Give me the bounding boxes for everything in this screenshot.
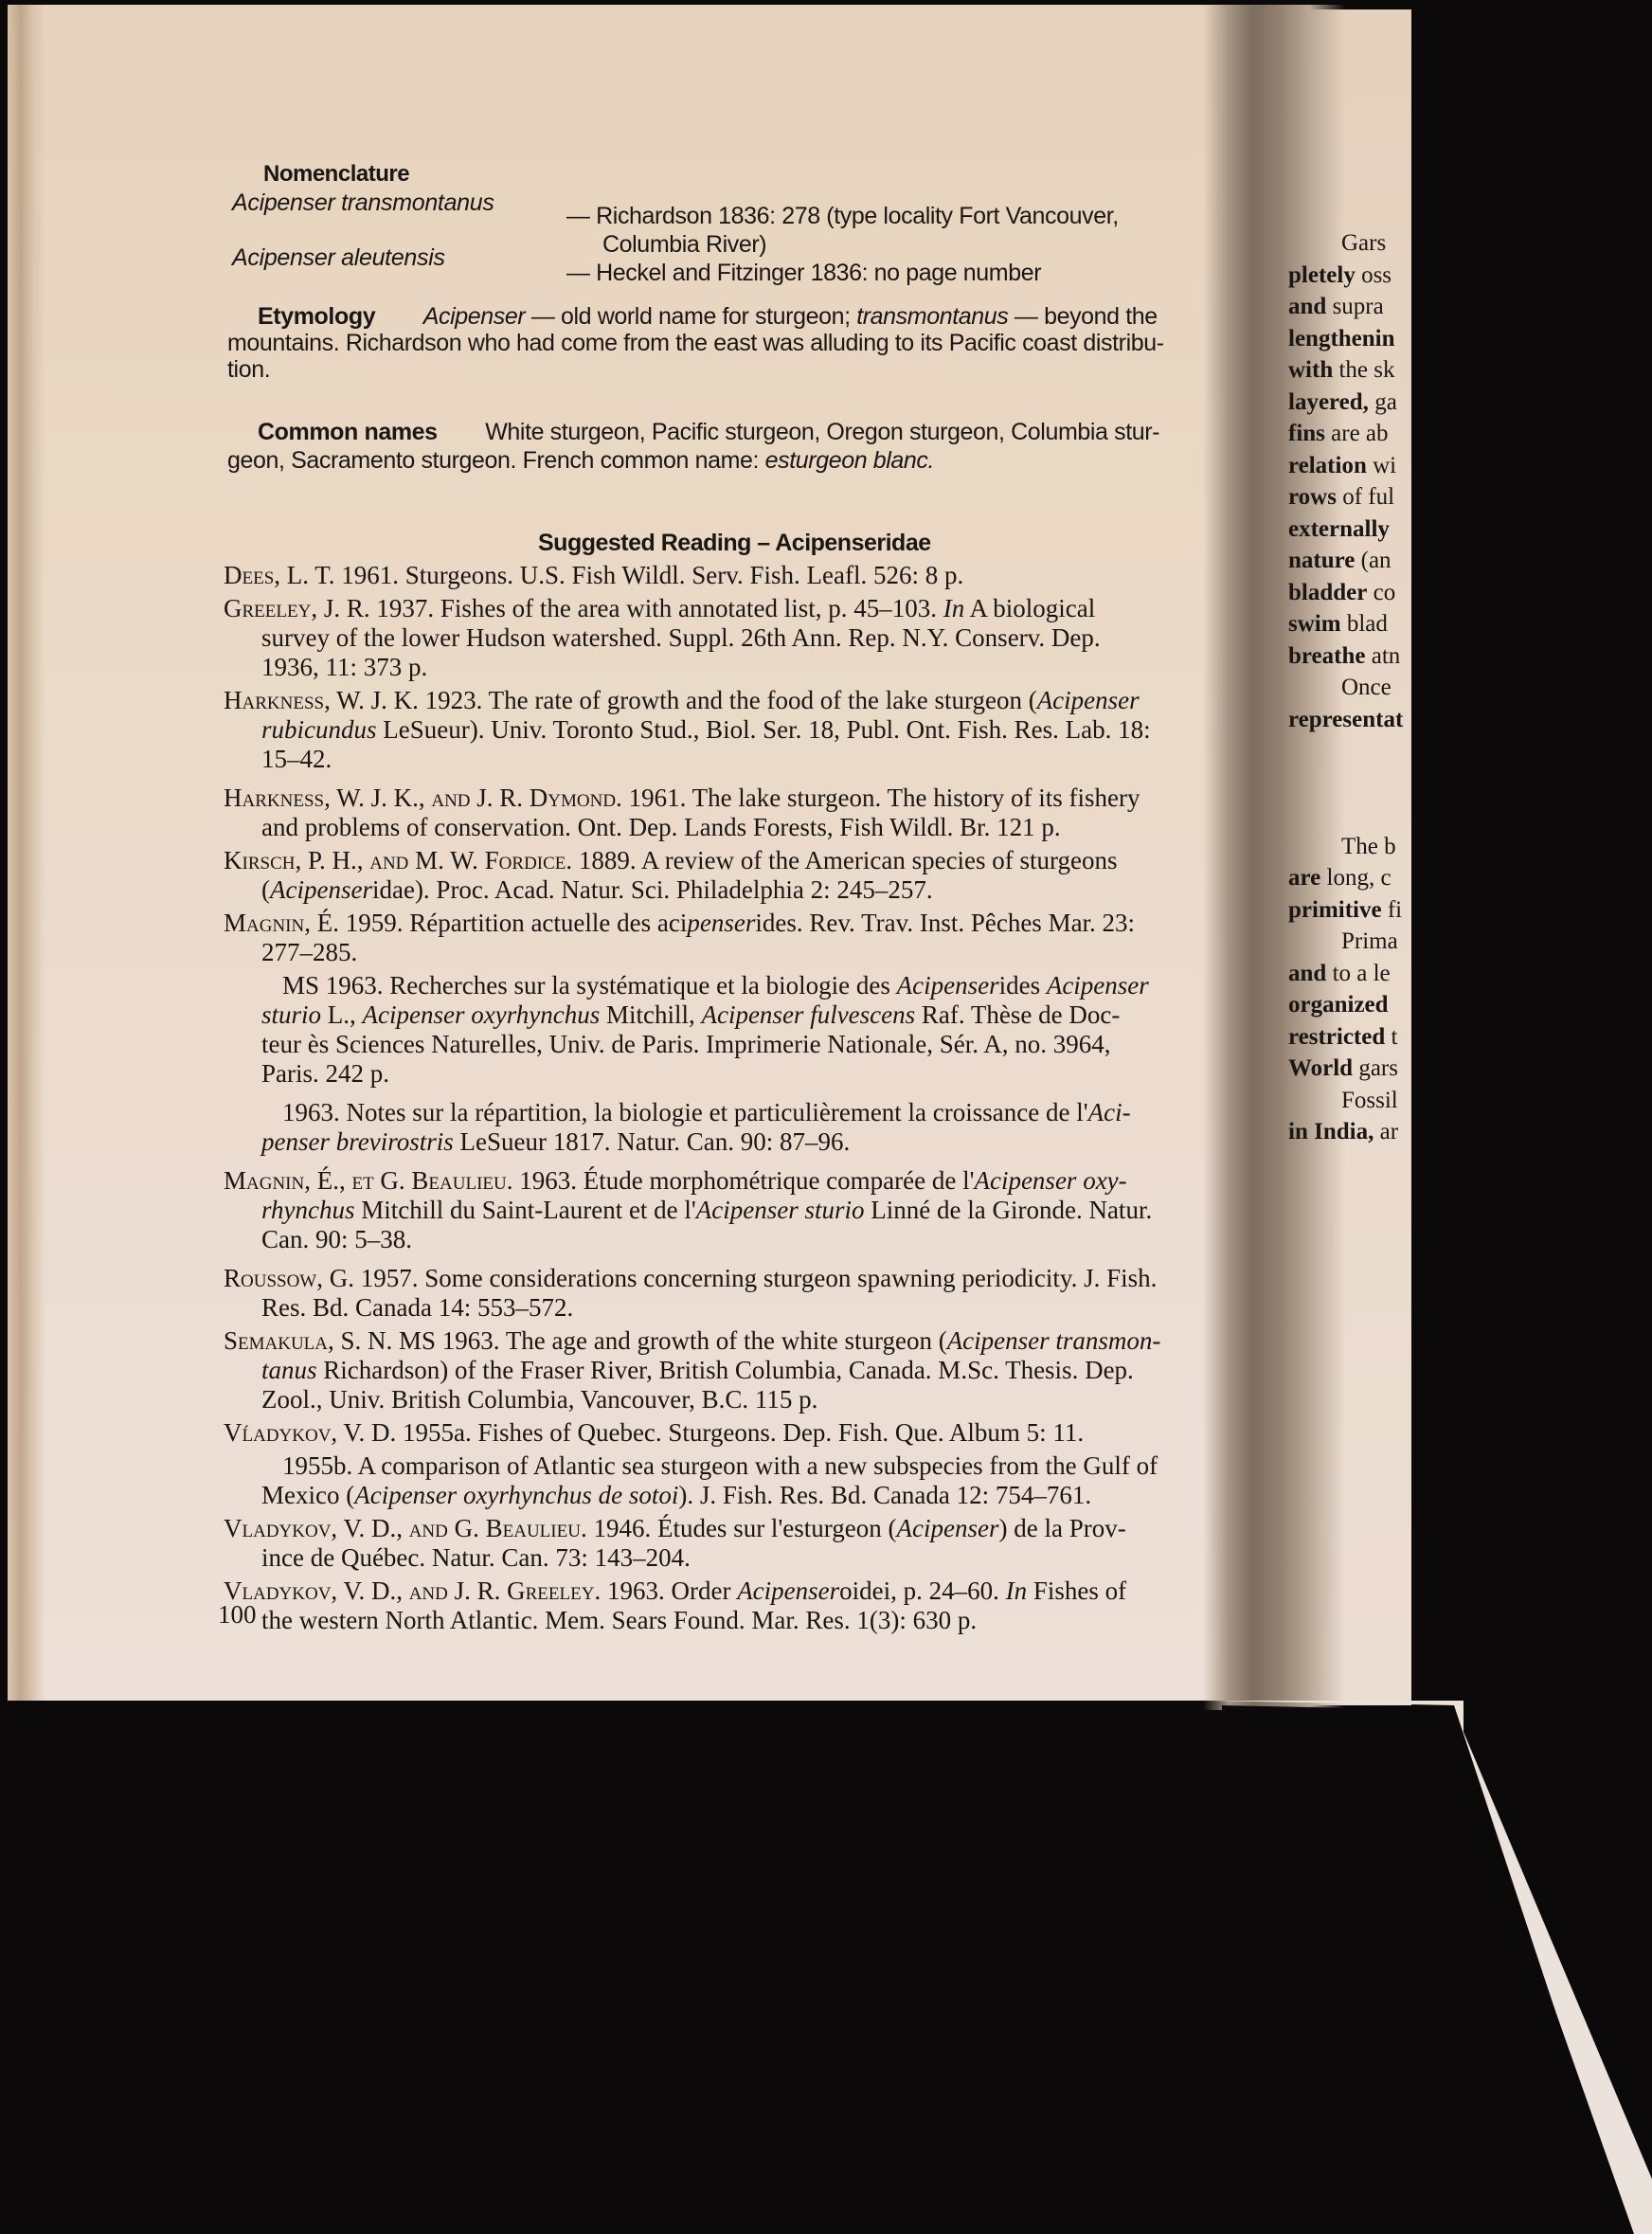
facing-page-line: Gars — [1288, 227, 1463, 260]
reference-line: 277–285. — [224, 938, 1218, 967]
facing-page-line: are long, c — [1288, 862, 1410, 894]
reference-author: Roussow, G. — [224, 1264, 361, 1292]
reference-entry: Vladykov, V. D., and G. Beaulieu. 1946. … — [224, 1514, 1218, 1573]
facing-page-line: Fossil — [1288, 1085, 1463, 1117]
facing-page-line: relation wi — [1288, 450, 1410, 482]
etymology-line-3: tion. — [227, 354, 270, 385]
facing-page-line: organized — [1288, 989, 1410, 1021]
reference-line: 1963. Notes sur la répartition, la biolo… — [224, 1098, 1218, 1127]
reference-author: Harkness, W. J. K. — [224, 686, 425, 714]
reference-line: Vladykov, V. D., and J. R. Greeley. 1963… — [224, 1576, 1218, 1606]
reference-line: Harkness, W. J. K., and J. R. Dymond. 19… — [224, 784, 1218, 813]
reference-line: Paris. 242 p. — [224, 1059, 1218, 1089]
reference-line: MS 1963. Recherches sur la systématique … — [224, 971, 1218, 1000]
nomenclature-name-2: Acipenser aleutensis — [232, 243, 445, 273]
reference-line: Roussow, G. 1957. Some considerations co… — [224, 1264, 1218, 1293]
reference-line: ince de Québec. Natur. Can. 73: 143–204. — [224, 1543, 1218, 1573]
nomenclature-citation-1b: Columbia River) — [602, 229, 766, 260]
reference-author: Magnin, É., et G. Beaulieu. — [224, 1166, 519, 1195]
reference-line: Magnin, É., et G. Beaulieu. 1963. Étude … — [224, 1166, 1218, 1196]
reference-entry: Kirsch, P. H., and M. W. Fordice. 1889. … — [224, 846, 1218, 905]
reference-line: rubicundus LeSueur). Univ. Toronto Stud.… — [224, 715, 1218, 745]
reference-line: Dees, L. T. 1961. Sturgeons. U.S. Fish W… — [224, 561, 1218, 590]
reference-line: Zool., Univ. British Columbia, Vancouver… — [224, 1385, 1218, 1414]
reference-line: penser brevirostris LeSueur 1817. Natur.… — [224, 1127, 1218, 1157]
reference-entry: 1955b. A comparison of Atlantic sea stur… — [224, 1451, 1218, 1510]
page-number: 100 — [218, 1599, 257, 1630]
reference-line: 15–42. — [224, 745, 1218, 774]
suggested-reading-heading: Suggested Reading – Acipenseridae — [538, 528, 931, 558]
reference-author: Kirsch, P. H., and M. W. Fordice. — [224, 846, 579, 874]
reference-author: Vĺadykov, V. D. — [224, 1418, 403, 1447]
reference-line: rhynchus Mitchill du Saint-Laurent et de… — [224, 1196, 1218, 1225]
facing-page-line: Once — [1288, 672, 1463, 704]
reference-line: teur ès Sciences Naturelles, Univ. de Pa… — [224, 1030, 1218, 1059]
reference-entry: Vladykov, V. D., and J. R. Greeley. 1963… — [224, 1576, 1218, 1635]
reference-line: 1936, 11: 373 p. — [224, 653, 1218, 682]
reference-entry: Dees, L. T. 1961. Sturgeons. U.S. Fish W… — [224, 561, 1218, 590]
reference-author: Vladykov, V. D., and J. R. Greeley. — [224, 1576, 607, 1605]
facing-page-line: rows of ful — [1288, 481, 1410, 513]
facing-page-line: swim blad — [1288, 608, 1410, 640]
reference-author: Vladykov, V. D., and G. Beaulieu. — [224, 1514, 593, 1542]
reference-entry: Semakula, S. N. MS 1963. The age and gro… — [224, 1326, 1218, 1414]
facing-page-line: breathe atn — [1288, 640, 1410, 673]
facing-page-line: and supra — [1288, 291, 1410, 323]
facing-page-line: Prima — [1288, 926, 1463, 958]
facing-page-line: bladder co — [1288, 577, 1410, 609]
common-names-line-2: geon, Sacramento sturgeon. French common… — [227, 445, 934, 476]
facing-page-line: The b — [1288, 831, 1463, 863]
reference-line: Can. 90: 5–38. — [224, 1225, 1218, 1254]
reference-entry: MS 1963. Recherches sur la systématique … — [224, 971, 1218, 1089]
reference-line: the western North Atlantic. Mem. Sears F… — [224, 1606, 1218, 1635]
facing-page-line: representat — [1288, 704, 1410, 736]
reference-line: sturio L., Acipenser oxyrhynchus Mitchil… — [224, 1000, 1218, 1030]
common-names-heading: Common names — [258, 419, 438, 445]
reference-author: Magnin, É. — [224, 909, 346, 937]
reference-line: Harkness, W. J. K. 1923. The rate of gro… — [224, 686, 1218, 715]
reference-entry: Harkness, W. J. K. 1923. The rate of gro… — [224, 686, 1218, 774]
facing-page-line: World gars — [1288, 1053, 1410, 1085]
reference-entry: Harkness, W. J. K., and J. R. Dymond. 19… — [224, 784, 1218, 842]
reference-entry: Magnin, É. 1959. Répartition actuelle de… — [224, 909, 1218, 967]
reference-line: (Acipenseridae). Proc. Acad. Natur. Sci.… — [224, 875, 1218, 905]
reference-entry: Vĺadykov, V. D. 1955a. Fishes of Quebec.… — [224, 1418, 1218, 1448]
reference-line: survey of the lower Hudson watershed. Su… — [224, 623, 1218, 653]
facing-page-line: with the sk — [1288, 354, 1410, 387]
facing-page-line: fins are ab — [1288, 418, 1410, 450]
nomenclature-citation-2: — Heckel and Fitzinger 1836: no page num… — [566, 258, 1041, 288]
reference-author: Greeley, J. R. — [224, 594, 376, 622]
facing-page-line: nature (an — [1288, 545, 1410, 577]
reference-line: Res. Bd. Canada 14: 553–572. — [224, 1293, 1218, 1323]
facing-page-line: and to a le — [1288, 958, 1410, 990]
reference-entry: Magnin, É., et G. Beaulieu. 1963. Étude … — [224, 1166, 1218, 1254]
reference-entry: Roussow, G. 1957. Some considerations co… — [224, 1264, 1218, 1323]
reference-author: Semakula, S. N. — [224, 1326, 399, 1355]
facing-page-line: lengthenin — [1288, 323, 1410, 355]
reference-line: and problems of conservation. Ont. Dep. … — [224, 813, 1218, 842]
reference-line: Kirsch, P. H., and M. W. Fordice. 1889. … — [224, 846, 1218, 875]
nomenclature-citation-1a: — Richardson 1836: 278 (type locality Fo… — [566, 201, 1119, 231]
reference-line: Greeley, J. R. 1937. Fishes of the area … — [224, 594, 1218, 623]
reference-line: Vladykov, V. D., and G. Beaulieu. 1946. … — [224, 1514, 1218, 1543]
etymology-heading: Etymology — [258, 303, 375, 330]
reference-entry: 1963. Notes sur la répartition, la biolo… — [224, 1098, 1218, 1157]
facing-page-line: pletely oss — [1288, 260, 1410, 292]
reference-entry: Greeley, J. R. 1937. Fishes of the area … — [224, 594, 1218, 682]
reference-line: Vĺadykov, V. D. 1955a. Fishes of Quebec.… — [224, 1418, 1218, 1448]
reference-line: Semakula, S. N. MS 1963. The age and gro… — [224, 1326, 1218, 1356]
facing-page-line: primitive fi — [1288, 894, 1410, 927]
reference-line: Magnin, É. 1959. Répartition actuelle de… — [224, 909, 1218, 938]
nomenclature-name-1: Acipenser transmontanus — [232, 188, 494, 218]
reference-author: Dees, L. T. — [224, 561, 341, 589]
common-names-line-1: Common names White sturgeon, Pacific stu… — [258, 417, 1159, 447]
etymology-line-2: mountains. Richardson who had come from … — [227, 328, 1164, 358]
reference-line: Mexico (Acipenser oxyrhynchus de sotoi).… — [224, 1481, 1218, 1510]
facing-page-line: restricted t — [1288, 1021, 1410, 1054]
facing-page-line: in India, ar — [1288, 1116, 1410, 1148]
nomenclature-heading: Nomenclature — [263, 159, 409, 189]
facing-page-line: layered, ga — [1288, 387, 1410, 419]
facing-page-line: externally — [1288, 513, 1410, 546]
reference-line: 1955b. A comparison of Atlantic sea stur… — [224, 1451, 1218, 1481]
reference-author: Harkness, W. J. K., and J. R. Dymond. — [224, 784, 629, 812]
reference-line: tanus Richardson) of the Fraser River, B… — [224, 1356, 1218, 1385]
